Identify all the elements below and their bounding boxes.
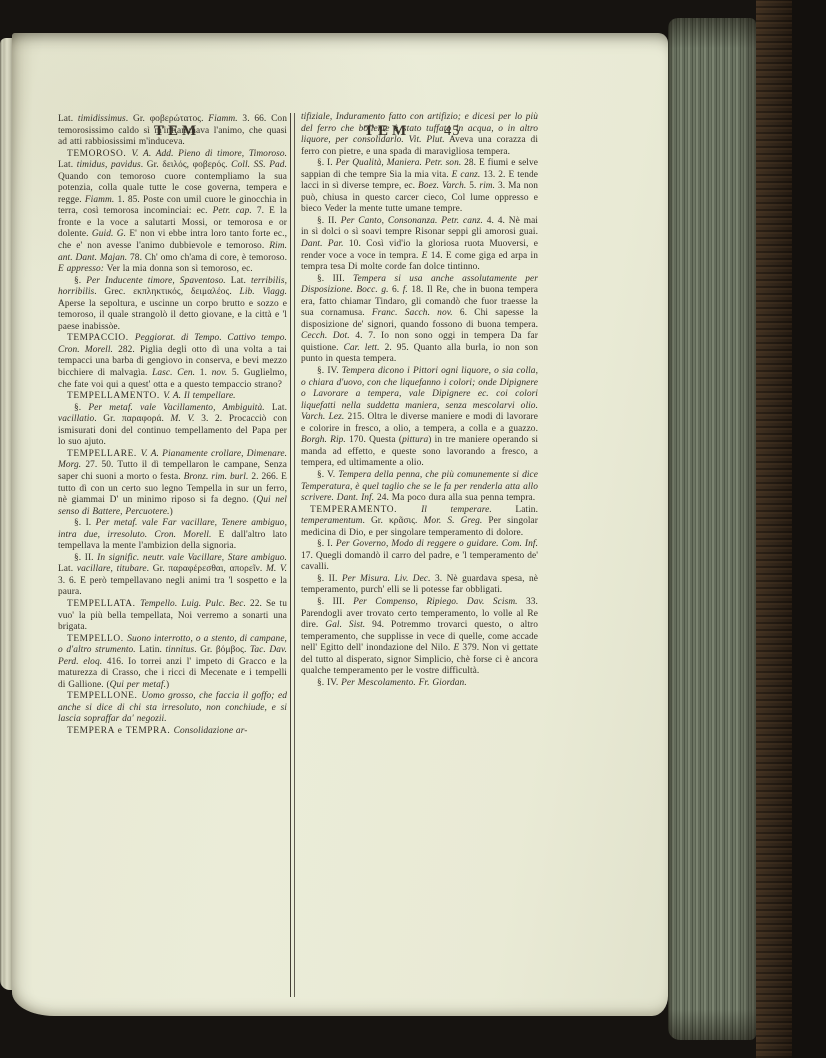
text-segment-italic: Per Inducente timore, Spaventoso. <box>86 276 226 286</box>
text-segment-italic: Fiamm. <box>85 195 114 205</box>
text-segment-italic: Cron. Morell. <box>154 530 211 540</box>
text-segment-italic: Per metaf. vale Vacillamento, Ambiguità. <box>88 403 264 413</box>
text-segment-italic: Dav. Scism. <box>467 597 518 607</box>
text-segment-italic: Vit. Plut. <box>409 135 445 145</box>
text-segment-italic: Per Compenso, Ripiego. <box>353 597 458 607</box>
entry-paragraph: §. I. Per Qualità, Maniera. Petr. son. 2… <box>301 158 538 216</box>
text-segment-italic: pittura <box>402 435 428 445</box>
text-segment-italic: Borgh. Rip. <box>301 435 346 445</box>
text-segment-italic: Lib. Viagg. <box>240 287 287 297</box>
entry-paragraph: TEMPELLONE. Uomo grosso, che faccia il g… <box>58 691 287 726</box>
entry-paragraph: §. V. Tempera della penna, che più comun… <box>301 470 538 505</box>
text-segment-italic: Bronz. rim. burl. <box>184 472 249 482</box>
entry-paragraph: §. II. In signific. neutr. vale Vacillar… <box>58 553 287 599</box>
text-segment-roman: . Gr. παραφορά. <box>94 414 170 424</box>
text-segment-roman: 170. Questa ( <box>346 435 402 445</box>
entry-paragraph: §. IV. Per Mescolamento. Fr. Giordan. <box>301 678 538 690</box>
text-segment-headword: TEMPELLONE. <box>67 691 141 701</box>
text-segment-roman: §. <box>74 403 88 413</box>
text-segment-italic: Coll. SS. Pad. <box>231 160 287 170</box>
text-segment-roman: Lat. <box>265 403 287 413</box>
text-segment-roman: 78. Ch' omo ch'ama di core, è temoroso. <box>127 253 287 263</box>
text-segment-roman: 17. Quegli domandò il carro del padre, e… <box>301 551 538 573</box>
text-segment-roman: 3. 6. E però tempellavano negli animi tr… <box>58 576 287 598</box>
text-segment-headword: TEMPERA e TEMPRA. <box>67 726 174 736</box>
text-segment-roman: §. <box>74 276 86 286</box>
text-segment-italic: Mor. S. Greg. <box>424 516 483 526</box>
text-segment-roman: §. I. <box>317 158 336 168</box>
entry-paragraph: TEMPERAMENTO. Il temperare. Latin. tempe… <box>301 505 538 540</box>
entry-paragraph: §. II. Per Misura. Liv. Dec. 3. Nè guard… <box>301 574 538 597</box>
entry-paragraph: Lat. timidissimus. Gr. φοβερώτατος. Fiam… <box>58 114 287 149</box>
entry-paragraph: §. I. Per metaf. vale Far vacillare, Ten… <box>58 518 287 553</box>
entry-paragraph: §. IV. Tempera dicono i Pittori ogni liq… <box>301 366 538 470</box>
text-segment-italic: Petr. cap. <box>213 206 252 216</box>
entry-paragraph: §. Per metaf. vale Vacillamento, Ambigui… <box>58 403 287 449</box>
text-segment-roman: §. III. <box>317 597 353 607</box>
text-segment-italic: M. V. <box>266 564 287 574</box>
text-segment-roman: . Gr. φοβερώτατος. <box>126 114 208 124</box>
text-segment-italic: Peggiorat. di Tempo. Cattivo tempo. <box>135 333 287 343</box>
scan-background <box>792 0 826 1058</box>
entry-paragraph: §. I. Per Governo, Modo di reggere o gui… <box>301 539 538 574</box>
text-segment-roman: Aperse la sepoltura, e uscinne un corpo … <box>58 299 287 332</box>
column-right: tifiziale, Induramento fatto con artifiz… <box>301 112 538 689</box>
text-segment-italic: In signific. neutr. vale Vacillare, Star… <box>97 553 287 563</box>
text-segment-italic: Per Governo, Modo di reggere o guidare. <box>336 539 499 549</box>
text-segment-italic: Petr. canz. <box>441 216 483 226</box>
entry-paragraph: §. III. Per Compenso, Ripiego. Dav. Scis… <box>301 597 538 678</box>
entry-paragraph: TEMPELLAMENTO. V. A. Il tempellare. <box>58 391 287 403</box>
text-segment-roman: ) <box>166 680 169 690</box>
entry-paragraph: §. III. Tempera si usa anche assolutamen… <box>301 274 538 366</box>
text-segment-roman: Ver la mia donna son sì temoroso, ec. <box>104 264 253 274</box>
text-segment-roman: §. IV. <box>317 678 341 688</box>
text-segment-italic: temperamentum <box>301 516 362 526</box>
text-segment-headword: TEMPERAMENTO. <box>310 505 421 515</box>
column-divider-rule <box>290 113 295 997</box>
text-segment-italic: Bocc. g. <box>356 285 388 295</box>
column-left: Lat. timidissimus. Gr. φοβερώτατος. Fiam… <box>58 114 287 738</box>
text-segment-italic: Boez. Varch. <box>418 181 466 191</box>
text-segment-roman: Lat. <box>58 160 77 170</box>
entry-paragraph: tifiziale, Induramento fatto con artifiz… <box>301 112 538 158</box>
text-segment-italic: Tempello. <box>140 599 177 609</box>
text-segment-italic: Per Misura. <box>342 574 390 584</box>
text-segment-roman: §. II. <box>317 574 342 584</box>
text-segment-roman: Lat. <box>226 276 251 286</box>
text-segment-roman: ) <box>170 507 173 517</box>
text-segment-italic: vacillare, titubare <box>77 564 147 574</box>
text-segment-roman: Latin. <box>136 645 166 655</box>
text-segment-italic: V. A. Add. Pieno di timore, Timoroso. <box>132 149 288 159</box>
text-segment-italic: M. V. <box>171 414 195 424</box>
text-segment-italic: Cecch. Dot. <box>301 331 350 341</box>
text-segment-roman: Lat. <box>58 114 78 124</box>
text-segment-headword: TEMPELLATA. <box>67 599 140 609</box>
text-segment-italic: timidus, pavidus <box>77 160 141 170</box>
text-segment-italic: E appresso: <box>58 264 104 274</box>
text-segment-italic: Car. lett. <box>344 343 380 353</box>
text-segment-italic: timidissimus <box>78 114 126 124</box>
text-segment-roman: . Gr. δειλός, φοβερός. <box>141 160 231 170</box>
text-segment-italic: Fr. Giordan. <box>419 678 467 688</box>
text-segment-italic: V. A. Il tempellare. <box>163 391 235 401</box>
text-segment-roman: . Gr. βόμβος. <box>194 645 250 655</box>
text-segment-italic: Dant. Par. <box>301 239 344 249</box>
text-segment-italic: Per Qualità, Maniera. <box>336 158 422 168</box>
text-segment-roman: 24. Ma poco dura alla sua penna tempra. <box>374 493 535 503</box>
text-segment-italic: E canz. <box>452 170 481 180</box>
text-segment-italic: Gal. Sist. <box>325 620 365 630</box>
text-segment-italic: tinnitus <box>166 645 195 655</box>
text-segment-italic: Consolidazione ar- <box>174 726 248 736</box>
text-segment-roman: §. V. <box>317 470 338 480</box>
entry-paragraph: TEMPACCIO. Peggiorat. di Tempo. Cattivo … <box>58 333 287 391</box>
text-segment-headword: TEMOROSO. <box>67 149 132 159</box>
text-segment-roman: §. II. <box>317 216 341 226</box>
text-segment-roman: . Grec. εκπληκτικός, δειμαλέος. <box>94 287 239 297</box>
text-segment-roman: §. I. <box>74 518 96 528</box>
text-segment-italic: Per Mescolamento. <box>341 678 416 688</box>
book-fore-edge-pages <box>668 18 756 1040</box>
text-segment-italic: vacillatio <box>58 414 94 424</box>
text-segment-italic: Franc. Sacch. nov. <box>372 308 453 318</box>
text-segment-roman: 6. <box>389 285 403 295</box>
entry-paragraph: §. II. Per Canto, Consonanza. Petr. canz… <box>301 216 538 274</box>
text-segment-roman: Latin. <box>492 505 538 515</box>
text-segment-roman: §. IV. <box>317 366 342 376</box>
text-segment-italic: Morg. <box>58 460 81 470</box>
text-segment-italic: Com. Inf. <box>502 539 538 549</box>
text-segment-roman: Lat. <box>58 564 77 574</box>
text-segment-italic: Fiamm. <box>208 114 237 124</box>
entry-paragraph: TEMPELLARE. V. A. Pianamente crollare, D… <box>58 449 287 518</box>
text-segment-italic: Guid. G. <box>92 229 126 239</box>
entry-paragraph: TEMPELLATA. Tempello. Luig. Pulc. Bec. 2… <box>58 599 287 634</box>
text-segment-roman: 1. <box>195 368 212 378</box>
entry-paragraph: §. Per Inducente timore, Spaventoso. Lat… <box>58 276 287 334</box>
entry-paragraph: TEMOROSO. V. A. Add. Pieno di timore, Ti… <box>58 149 287 276</box>
text-segment-roman <box>458 597 466 607</box>
text-segment-roman: . Gr. παραφέρεσθαι, απορεῖν. <box>147 564 266 574</box>
text-segment-roman: §. II. <box>74 553 97 563</box>
text-segment-italic: Luig. Pulc. Bec. <box>181 599 246 609</box>
text-segment-roman: 5. <box>466 181 479 191</box>
book-scan: TEM TEM 45 Lat. timidissimus. Gr. φοβερώ… <box>0 0 826 1058</box>
text-segment-italic: Lasc. Cen. <box>152 368 195 378</box>
text-segment-italic: rim. <box>479 181 495 191</box>
text-segment-italic: V. A. Pianamente crollare, Dimenare. <box>141 449 287 459</box>
dictionary-page: TEM TEM 45 Lat. timidissimus. Gr. φοβερώ… <box>12 33 668 1016</box>
text-segment-roman: §. III. <box>317 274 353 284</box>
text-segment-italic: Varch. Lez. <box>301 412 344 422</box>
text-segment-italic: nov. <box>212 368 228 378</box>
entry-paragraph: TEMPELLO. Suono interrotto, o a stento, … <box>58 634 287 692</box>
text-segment-italic: Cron. Morell. <box>58 345 113 355</box>
text-segment-roman: §. I. <box>317 539 336 549</box>
text-segment-headword: TEMPELLARE. <box>67 449 141 459</box>
text-segment-headword: TEMPELLAMENTO. <box>67 391 163 401</box>
text-segment-italic: Il temperare. <box>421 505 492 515</box>
text-segment-headword: TEMPELLO. <box>67 634 127 644</box>
text-segment-roman: . Gr. κρᾶσις. <box>362 516 423 526</box>
text-segment-italic: Dant. Inf. <box>337 493 374 503</box>
entry-paragraph: TEMPERA e TEMPRA. Consolidazione ar- <box>58 726 287 738</box>
text-segment-italic: Qui per metaf. <box>110 680 166 690</box>
text-segment-italic: Petr. son. <box>425 158 461 168</box>
text-segment-italic: Per Canto, Consonanza. <box>341 216 438 226</box>
text-segment-italic: Liv. Dec. <box>394 574 430 584</box>
text-segment-headword: TEMPACCIO. <box>67 333 135 343</box>
book-cover-edge <box>756 0 794 1058</box>
